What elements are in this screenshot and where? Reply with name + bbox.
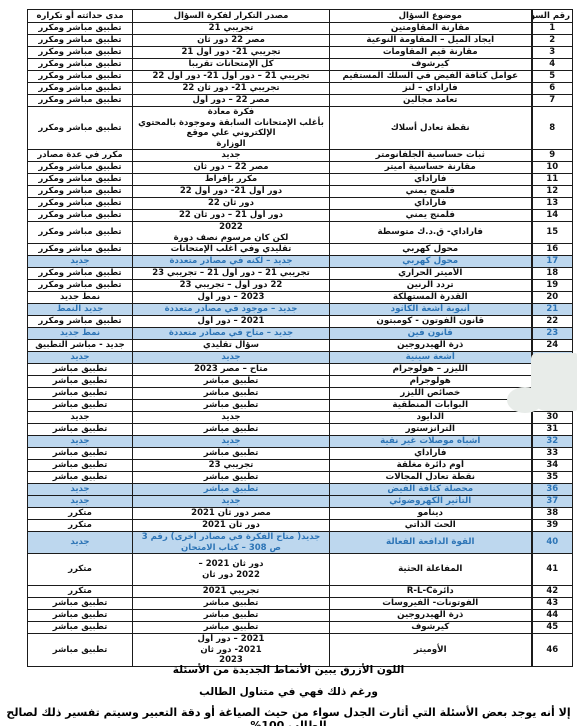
cell-number: 10: [532, 162, 573, 174]
footer-note-within-reach: ورغم ذلك فهي في متناول الطالب: [0, 686, 577, 698]
cell-topic: قانون الفوتون - كومبتون: [330, 316, 532, 328]
cell-number: 15: [532, 222, 573, 244]
cell-novelty: تطبيق مباشر ومكرر: [28, 222, 133, 244]
cell-novelty: تطبيق مباشر: [28, 460, 133, 472]
column-header-novelty: مدى حداثته أو تكراره: [28, 10, 133, 23]
cell-number: 22: [532, 316, 573, 328]
cell-novelty: جديد - مباشر التطبيق: [28, 340, 133, 352]
cell-topic: القدرة المستهلكة: [330, 292, 532, 304]
cell-topic: فلمنج يمني: [330, 210, 532, 222]
table-row: هولوجرامتطبيق مباشرتطبيق مباشر: [28, 376, 573, 388]
table-row: البوابات المنطقيةتطبيق مباشرتطبيق مباشر: [28, 400, 573, 412]
table-row: 2ايجاد الميل – المقاومة النوعيةمصر 22 دو…: [28, 35, 573, 47]
cell-topic: اشباه موصلات غير نقية: [330, 436, 532, 448]
table-row: 39الحث الذاتيدور ثان 2021متكرر: [28, 520, 573, 532]
cell-source: تجريبي 2021: [133, 586, 330, 598]
cell-source: تجريبي 21- دور أول 21: [133, 47, 330, 59]
table-row: 42دائرةR-L-Cتجريبي 2021متكرر: [28, 586, 573, 598]
cell-topic: ذرة الهيدروجين: [330, 340, 532, 352]
table-row: 46الأوميتر2021 – دور أول 2021- دور ثان 2…: [28, 634, 573, 667]
cell-novelty: تطبيق مباشر ومكرر: [28, 186, 133, 198]
cell-topic: الدايود: [330, 412, 532, 424]
table-row: 23قانون فينجديد – متاح في مصادر متعددةنم…: [28, 328, 573, 340]
cell-number: 36: [532, 484, 573, 496]
cell-topic: القوة الدافعة الفعالة: [330, 532, 532, 554]
cell-topic: أوم دائرة مغلقة: [330, 460, 532, 472]
cell-novelty: متكرر: [28, 520, 133, 532]
cell-number: 44: [532, 610, 573, 622]
cell-source: تقليدي وفي أغلب الإمتحانات: [133, 244, 330, 256]
cell-novelty: جديد: [28, 484, 133, 496]
cell-source: جديد( متاح الفكرة في مصادر أخرى) رقم 3 ص…: [133, 532, 330, 554]
cell-source: كل الإمتحانات تقريبا: [133, 59, 330, 71]
cell-topic: هولوجرام: [330, 376, 532, 388]
cell-novelty: تطبيق مباشر ومكرر: [28, 316, 133, 328]
cell-novelty: تطبيق مباشر ومكرر: [28, 210, 133, 222]
table-row: خصائص الليزرتطبيق مباشرتطبيق مباشر: [28, 388, 573, 400]
cell-novelty: تطبيق مباشر ومكرر: [28, 198, 133, 210]
table-row: 45كيرشوفتطبيق مباشرتطبيق مباشر: [28, 622, 573, 634]
cell-topic: ايجاد الميل – المقاومة النوعية: [330, 35, 532, 47]
table-row: 40القوة الدافعة الفعالةجديد( متاح الفكرة…: [28, 532, 573, 554]
table-row: 9ثبات حساسية الجلفانومترجديدمكرر في عدة …: [28, 150, 573, 162]
table-row: 15فاراداي- ق.د.ك متوسطة2022 لكن كان مرسو…: [28, 222, 573, 244]
table-row: 35نقطة تعادل المجالاتتطبيق مباشرتطبيق مب…: [28, 472, 573, 484]
cell-number: 18: [532, 268, 573, 280]
cell-number: 40: [532, 532, 573, 554]
table-row: 34أوم دائرة مغلقةتجريبي 23تطبيق مباشر: [28, 460, 573, 472]
cell-topic: الحث الذاتي: [330, 520, 532, 532]
cell-topic: خصائص الليزر: [330, 388, 532, 400]
cell-topic: البوابات المنطقية: [330, 400, 532, 412]
cell-source: 22 دور أول – تجريبي 23: [133, 280, 330, 292]
cell-topic: نقطة تعادل أسلاك: [330, 107, 532, 150]
cell-number: 39: [532, 520, 573, 532]
cell-source: مكرر بإفراط: [133, 174, 330, 186]
table-row: 8نقطة تعادل أسلاكفكرة معادة بأغلب الإمتح…: [28, 107, 573, 150]
table-row: 33فارادايتطبيق مباشرتطبيق مباشر: [28, 448, 573, 460]
cell-number: 20: [532, 292, 573, 304]
cell-topic: فلمنج يمني: [330, 186, 532, 198]
table-row: 24ذرة الهيدروجينسؤال تقليديجديد - مباشر …: [28, 340, 573, 352]
cell-number: 12: [532, 186, 573, 198]
cell-number: 42: [532, 586, 573, 598]
cell-source: 2022 لكن كان مرسوم نصف دورة: [133, 222, 330, 244]
cell-source: 2021 – دور أول: [133, 316, 330, 328]
cell-source: فكرة معادة بأغلب الإمتحانات السابقة وموج…: [133, 107, 330, 150]
cell-topic: محصلة كثافة الفيض: [330, 484, 532, 496]
cell-source: تطبيق مباشر: [133, 472, 330, 484]
cell-source: 2023 – دور أول: [133, 292, 330, 304]
cell-number: 6: [532, 83, 573, 95]
cell-number: 38: [532, 508, 573, 520]
table-row: 36محصلة كثافة الفيضتطبيق مباشرجديد: [28, 484, 573, 496]
cell-novelty: تطبيق مباشر: [28, 400, 133, 412]
cell-novelty: متكرر: [28, 586, 133, 598]
footer-note-controversy: إلا أنه يوجد بعض الأسئلة التي أثارت الجد…: [0, 706, 577, 726]
cell-topic: فاراداي- ق.د.ك متوسطة: [330, 222, 532, 244]
cell-topic: الليزر – هولوجرام: [330, 364, 532, 376]
cell-novelty: تطبيق مباشر ومكرر: [28, 71, 133, 83]
cell-number: 16: [532, 244, 573, 256]
table-row: 30الدايودجديدجديد: [28, 412, 573, 424]
table-row: 22قانون الفوتون - كومبتون2021 – دور أولت…: [28, 316, 573, 328]
cell-source: تطبيق مباشر: [133, 376, 330, 388]
cell-topic: محول كهربي: [330, 244, 532, 256]
cell-source: تجريبي 21: [133, 23, 330, 35]
cell-number: 37: [532, 496, 573, 508]
table-row: 4كيرشوفكل الإمتحانات تقريباتطبيق مباشر و…: [28, 59, 573, 71]
cell-number: 11: [532, 174, 573, 186]
table-row: الليزر – هولوجراممتاح – مصر 2023تطبيق مب…: [28, 364, 573, 376]
cell-topic: الترانزستور: [330, 424, 532, 436]
table-row: 31الترانزستورتطبيق مباشرتطبيق مباشر: [28, 424, 573, 436]
cell-novelty: تطبيق مباشر ومكرر: [28, 280, 133, 292]
cell-novelty: تطبيق مباشر: [28, 634, 133, 667]
column-header-source: مصدر التكرار لفكرة السؤال: [133, 10, 330, 23]
table-row: 1مقارنة المقاومتينتجريبي 21تطبيق مباشر و…: [28, 23, 573, 35]
cell-topic: فاراداي – لنز: [330, 83, 532, 95]
cell-source: جديد – لكنه في مصادر متعددة: [133, 256, 330, 268]
table-row: 5عوامل كثافة الفيض في السلك المستقيمتجري…: [28, 71, 573, 83]
cell-source: دور أول 21 – دور ثان 22: [133, 210, 330, 222]
cell-novelty: جديد: [28, 352, 133, 364]
cell-source: دور ثان 22: [133, 198, 330, 210]
cell-number: 21: [532, 304, 573, 316]
cell-number: 35: [532, 472, 573, 484]
cell-number: 33: [532, 448, 573, 460]
cell-topic: محول كهربي: [330, 256, 532, 268]
cell-topic: مقارنة قيم المقاومات: [330, 47, 532, 59]
cell-topic: الأميتر الحراري: [330, 268, 532, 280]
cell-topic: أشعة سينية: [330, 352, 532, 364]
header-row: رقم السؤال موضوع السؤال مصدر التكرار لفك…: [28, 10, 573, 23]
cell-novelty: تطبيق مباشر ومكرر: [28, 23, 133, 35]
cell-number: 31: [532, 424, 573, 436]
table-row: 38دينامومصر دور ثان 2021متكرر: [28, 508, 573, 520]
table-row: 13فارادايدور ثان 22تطبيق مباشر ومكرر: [28, 198, 573, 210]
cell-topic: المفاعلة الحثية: [330, 554, 532, 586]
cell-topic: فاراداي: [330, 448, 532, 460]
cell-source: دور ثان 2021 – 2022 دور ثان: [133, 554, 330, 586]
cell-source: تطبيق مباشر: [133, 424, 330, 436]
exam-questions-table: رقم السؤال موضوع السؤال مصدر التكرار لفك…: [27, 9, 573, 667]
cell-novelty: تطبيق مباشر: [28, 622, 133, 634]
cell-novelty: جديد: [28, 532, 133, 554]
cell-number: 8: [532, 107, 573, 150]
cell-novelty: نمط جديد: [28, 292, 133, 304]
whiteout-blob-corner: [507, 387, 543, 413]
cell-topic: التأثير الكهروضوئي: [330, 496, 532, 508]
cell-number: 45: [532, 622, 573, 634]
table-row: 7تعامد مجالينمصر 22 – دور أولتطبيق مباشر…: [28, 95, 573, 107]
cell-novelty: مكرر في عدة مصادر: [28, 150, 133, 162]
cell-source: تطبيق مباشر: [133, 448, 330, 460]
cell-source: جديد: [133, 436, 330, 448]
cell-source: مصر دور ثان 2021: [133, 508, 330, 520]
cell-number: 43: [532, 598, 573, 610]
table-row: 32اشباه موصلات غير نقيةجديدجديد: [28, 436, 573, 448]
cell-number: 1: [532, 23, 573, 35]
table-row: 17محول كهربيجديد – لكنه في مصادر متعددةج…: [28, 256, 573, 268]
cell-source: جديد: [133, 150, 330, 162]
cell-source: تطبيق مباشر: [133, 388, 330, 400]
table-row: 11فارادايمكرر بإفراطتطبيق مباشر ومكرر: [28, 174, 573, 186]
cell-novelty: تطبيق مباشر: [28, 598, 133, 610]
cell-novelty: جديد: [28, 496, 133, 508]
cell-source: تجريبي 21 – دور أول 21- دور أول 22: [133, 71, 330, 83]
cell-source: متاح – مصر 2023: [133, 364, 330, 376]
cell-novelty: تطبيق مباشر: [28, 388, 133, 400]
table-row: 19تردد الرنين22 دور أول – تجريبي 23تطبيق…: [28, 280, 573, 292]
cell-topic: مقارنة حساسية أميتر: [330, 162, 532, 174]
cell-source: تجريبي 23: [133, 460, 330, 472]
cell-topic: مقارنة المقاومتين: [330, 23, 532, 35]
column-header-topic: موضوع السؤال: [330, 10, 532, 23]
cell-number: 46: [532, 634, 573, 667]
cell-source: تطبيق مباشر: [133, 400, 330, 412]
table-row: أشعة سينيةجديدجديد: [28, 352, 573, 364]
column-header-question-number: رقم السؤال: [532, 10, 573, 23]
cell-number: 30: [532, 412, 573, 424]
cell-novelty: تطبيق مباشر ومكرر: [28, 83, 133, 95]
table-row: 20القدرة المستهلكة2023 – دور أولنمط جديد: [28, 292, 573, 304]
table-row: 3مقارنة قيم المقاوماتتجريبي 21- دور أول …: [28, 47, 573, 59]
cell-novelty: جديد: [28, 412, 133, 424]
cell-topic: ثبات حساسية الجلفانومتر: [330, 150, 532, 162]
cell-source: مصر 22 دور ثان: [133, 35, 330, 47]
cell-novelty: متكرر: [28, 554, 133, 586]
cell-topic: كيرشوف: [330, 59, 532, 71]
cell-number: 19: [532, 280, 573, 292]
table-body: 1مقارنة المقاومتينتجريبي 21تطبيق مباشر و…: [28, 23, 573, 667]
table-row: 41المفاعلة الحثيةدور ثان 2021 – 2022 دور…: [28, 554, 573, 586]
cell-source: جديد – موجود في مصادر متعددة: [133, 304, 330, 316]
cell-novelty: نمط جديد: [28, 328, 133, 340]
cell-novelty: تطبيق مباشر ومكرر: [28, 268, 133, 280]
cell-novelty: تطبيق مباشر ومكرر: [28, 244, 133, 256]
cell-topic: الأوميتر: [330, 634, 532, 667]
cell-source: تطبيق مباشر: [133, 610, 330, 622]
cell-novelty: تطبيق مباشر ومكرر: [28, 35, 133, 47]
cell-source: جديد: [133, 496, 330, 508]
cell-novelty: تطبيق مباشر ومكرر: [28, 47, 133, 59]
cell-topic: فاراداي: [330, 174, 532, 186]
cell-source: مصر 22 – دور ثان: [133, 162, 330, 174]
table-row: 12فلمنج يمنيدور أول 21- دور أول 22تطبيق …: [28, 186, 573, 198]
cell-number: 9: [532, 150, 573, 162]
cell-number: 13: [532, 198, 573, 210]
cell-source: دور أول 21- دور أول 22: [133, 186, 330, 198]
cell-novelty: تطبيق مباشر: [28, 376, 133, 388]
table-row: 6فاراداي – لنزتجريبي 21- دور ثان 22تطبيق…: [28, 83, 573, 95]
cell-number: 17: [532, 256, 573, 268]
cell-number: 3: [532, 47, 573, 59]
table-row: 18الأميتر الحراريتجريبي 21 – دور أول 21 …: [28, 268, 573, 280]
cell-novelty: تطبيق مباشر ومكرر: [28, 95, 133, 107]
document-page: رقم السؤال موضوع السؤال مصدر التكرار لفك…: [0, 0, 577, 726]
cell-topic: نقطة تعادل المجالات: [330, 472, 532, 484]
cell-number: 41: [532, 554, 573, 586]
cell-source: تجريبي 21 – دور أول 21 – تجريبي 23: [133, 268, 330, 280]
cell-topic: دينامو: [330, 508, 532, 520]
cell-novelty: تطبيق مباشر: [28, 610, 133, 622]
cell-novelty: جديد النمط: [28, 304, 133, 316]
cell-topic: تردد الرنين: [330, 280, 532, 292]
cell-number: 7: [532, 95, 573, 107]
cell-novelty: تطبيق مباشر: [28, 424, 133, 436]
table-row: 14فلمنج يمنيدور أول 21 – دور ثان 22تطبيق…: [28, 210, 573, 222]
cell-source: جديد – متاح في مصادر متعددة: [133, 328, 330, 340]
cell-number: 24: [532, 340, 573, 352]
table-row: 44ذرة الهيدروجينتطبيق مباشرتطبيق مباشر: [28, 610, 573, 622]
cell-source: تجريبي 21- دور ثان 22: [133, 83, 330, 95]
footer-note-blue-legend: اللون الأزرق يبين الأنماط الجديدة من الأ…: [0, 664, 577, 676]
cell-novelty: جديد: [28, 256, 133, 268]
cell-novelty: جديد: [28, 436, 133, 448]
cell-novelty: تطبيق مباشر ومكرر: [28, 174, 133, 186]
cell-source: 2021 – دور أول 2021- دور ثان 2023: [133, 634, 330, 667]
cell-topic: تعامد مجالين: [330, 95, 532, 107]
cell-source: جديد: [133, 412, 330, 424]
cell-topic: فاراداي: [330, 198, 532, 210]
cell-topic: دائرةR-L-C: [330, 586, 532, 598]
cell-number: 5: [532, 71, 573, 83]
cell-topic: عوامل كثافة الفيض في السلك المستقيم: [330, 71, 532, 83]
cell-number: 34: [532, 460, 573, 472]
table-row: 10مقارنة حساسية أميترمصر 22 – دور ثانتطب…: [28, 162, 573, 174]
table-row: 43الفوتونات- الفيروساتتطبيق مباشرتطبيق م…: [28, 598, 573, 610]
table-row: 16محول كهربيتقليدي وفي أغلب الإمتحاناتتط…: [28, 244, 573, 256]
cell-source: جديد: [133, 352, 330, 364]
cell-novelty: تطبيق مباشر ومكرر: [28, 107, 133, 150]
cell-number: 4: [532, 59, 573, 71]
cell-source: سؤال تقليدي: [133, 340, 330, 352]
table-row: 21أنبوبة أشعة الكاثودجديد – موجود في مصا…: [28, 304, 573, 316]
cell-topic: ذرة الهيدروجين: [330, 610, 532, 622]
cell-topic: كيرشوف: [330, 622, 532, 634]
cell-source: دور ثان 2021: [133, 520, 330, 532]
cell-novelty: تطبيق مباشر: [28, 364, 133, 376]
cell-number: 2: [532, 35, 573, 47]
table-row: 37التأثير الكهروضوئيجديدجديد: [28, 496, 573, 508]
cell-novelty: تطبيق مباشر ومكرر: [28, 162, 133, 174]
cell-source: تطبيق مباشر: [133, 484, 330, 496]
cell-source: تطبيق مباشر: [133, 622, 330, 634]
cell-number: 14: [532, 210, 573, 222]
cell-novelty: متكرر: [28, 508, 133, 520]
cell-source: مصر 22 – دور أول: [133, 95, 330, 107]
cell-number: 32: [532, 436, 573, 448]
cell-novelty: تطبيق مباشر: [28, 472, 133, 484]
cell-source: تطبيق مباشر: [133, 598, 330, 610]
cell-novelty: تطبيق مباشر ومكرر: [28, 59, 133, 71]
cell-topic: قانون فين: [330, 328, 532, 340]
cell-topic: أنبوبة أشعة الكاثود: [330, 304, 532, 316]
cell-number: 23: [532, 328, 573, 340]
cell-topic: الفوتونات- الفيروسات: [330, 598, 532, 610]
cell-novelty: تطبيق مباشر: [28, 448, 133, 460]
